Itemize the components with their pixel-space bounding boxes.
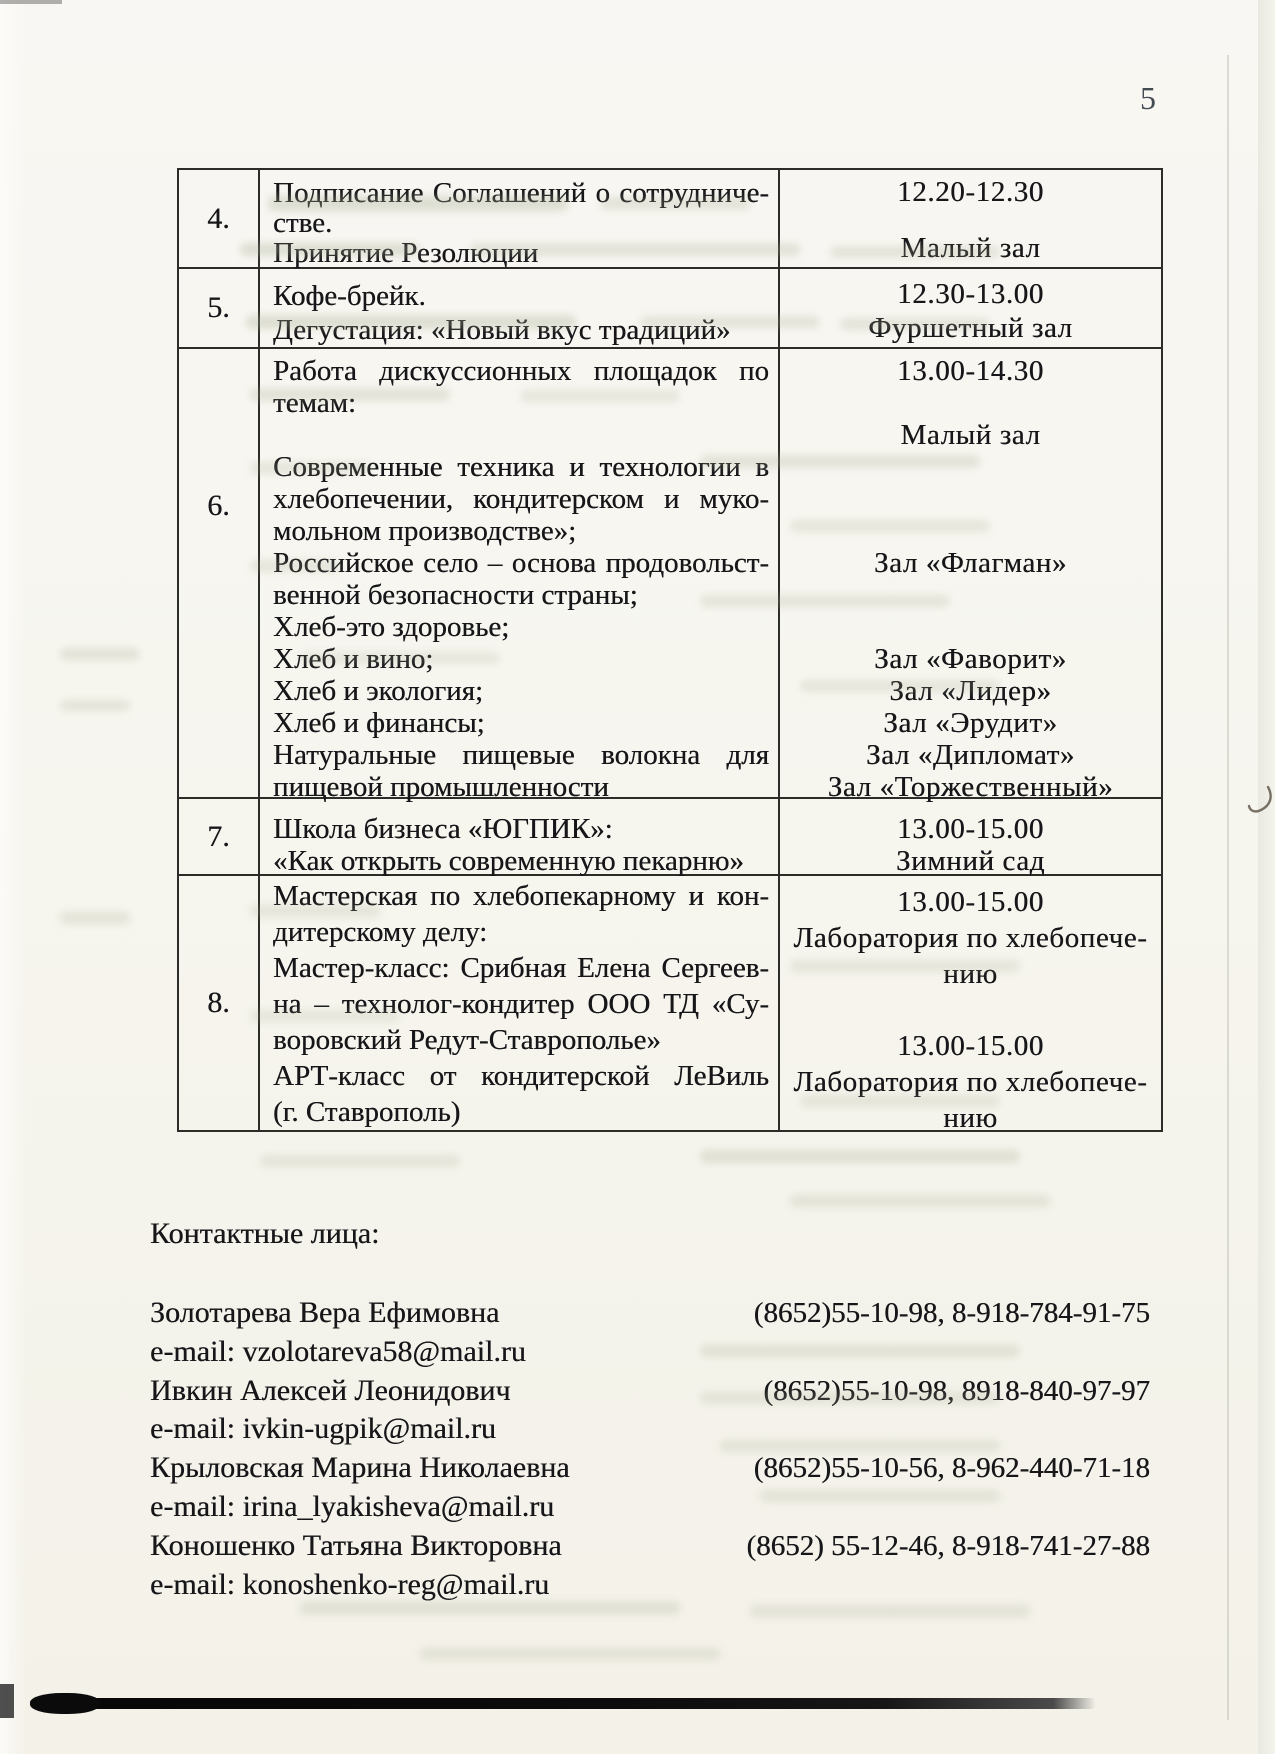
scan-bleed-artifact: [250, 462, 370, 474]
page-number: 5: [1140, 80, 1156, 117]
row-number: 8.: [179, 876, 260, 1130]
scan-bleed-artifact: [240, 243, 420, 256]
desc-line: (г. Ставрополь): [273, 1094, 769, 1130]
event-description: Школа бизнеса «ЮГПИК»:«Как открыть совре…: [260, 799, 780, 874]
contact-row: Коношенко Татьяна Викторовна(8652) 55-12…: [150, 1527, 1150, 1566]
scan-bleed-artifact: [800, 680, 1000, 692]
scan-bleed-artifact: [830, 246, 1000, 258]
contact-name: Ивкин Алексей Леонидович: [150, 1372, 510, 1411]
scan-bleed-artifact: [470, 243, 800, 256]
scan-bleed-artifact: [790, 1195, 1050, 1207]
row-number: 5.: [179, 269, 260, 347]
scan-bleed-artifact: [750, 1605, 1030, 1617]
desc-line: Хлеб-это здоровье;: [273, 611, 769, 643]
time-line: 12.20-12.30: [780, 178, 1161, 206]
time-line: 12.30-13.00: [780, 277, 1161, 311]
desc-line: воровский Редут-Ставрополье»: [273, 1022, 769, 1058]
scan-bleed-artifact: [600, 197, 750, 210]
event-time-location: 12.30-13.00Фуршетный зал: [780, 269, 1161, 347]
desc-line: [273, 419, 769, 451]
scan-bleed-artifact: [60, 700, 130, 711]
scan-bleed-artifact: [700, 1392, 1000, 1404]
time-line: 13.00-15.00: [780, 813, 1161, 845]
time-line: Зал «Дипломат»: [780, 739, 1161, 771]
contact-email: e-mail: irina_lyakisheva@mail.ru: [150, 1488, 1150, 1527]
event-time-location: 13.00-14.30Малый залЗал «Флагман»Зал «Фа…: [780, 349, 1161, 797]
contact-name: Золотарева Вера Ефимовна: [150, 1294, 499, 1333]
scan-bleed-artifact: [250, 560, 340, 572]
event-description: Кофе-брейк.Дегустация: «Новый вкус тради…: [260, 269, 780, 347]
desc-line: Мастер-класс: Срибная Елена Сергеев-: [273, 950, 769, 986]
contact-email: e-mail: konoshenko-reg@mail.ru: [150, 1566, 1150, 1605]
time-line: [780, 387, 1161, 419]
time-line: [780, 611, 1161, 643]
scan-bleed-artifact: [520, 390, 680, 402]
scan-bleed-artifact: [250, 905, 380, 917]
pen-mark: [1246, 784, 1274, 816]
time-line: 13.00-15.00: [780, 884, 1161, 920]
desc-line: венной безопасности страны;: [273, 579, 769, 611]
desc-line: Хлеб и экология;: [273, 675, 769, 707]
row-number: 6.: [179, 349, 260, 797]
scan-bleed-artifact: [700, 1345, 1020, 1357]
scan-bleed-artifact: [250, 1010, 400, 1022]
desc-line: Российское село – основа продовольст-: [273, 547, 769, 579]
time-line: 13.00-14.30: [780, 355, 1161, 387]
contact-phone: (8652)55-10-98, 8-918-784-91-75: [754, 1294, 1150, 1333]
time-line: Зал «Эрудит»: [780, 707, 1161, 739]
desc-line: АРТ-класс от кондитерской ЛеВиль: [273, 1058, 769, 1094]
scan-bleed-artifact: [60, 912, 130, 924]
scan-bleed-artifact: [700, 595, 950, 607]
scan-bleed-artifact: [60, 648, 140, 660]
table-row: 5.Кофе-брейк.Дегустация: «Новый вкус тра…: [179, 267, 1161, 347]
scan-bleed-artifact: [720, 1440, 1000, 1452]
desc-line: Работа дискуссионных площадок по: [273, 355, 769, 387]
desc-line: мольном производстве»;: [273, 515, 769, 547]
scan-right-edge-line: [1227, 55, 1229, 1720]
scan-bleed-artifact: [840, 318, 990, 330]
contact-phone: (8652)55-10-56, 8-962-440-71-18: [754, 1449, 1150, 1488]
scan-bleed-artifact: [260, 1155, 460, 1167]
scan-bleed-artifact: [790, 520, 990, 532]
desc-line: Кофе-брейк.: [273, 279, 769, 313]
time-line: Лаборатория по хлебопече-: [780, 920, 1161, 956]
scan-left-edge: [0, 0, 26, 1754]
scan-artifact: [0, 0, 62, 4]
desc-line: Школа бизнеса «ЮГПИК»:: [273, 813, 769, 845]
contact-phone: (8652)55-10-98, 8918-840-97-97: [763, 1372, 1150, 1411]
desc-line: Натуральные пищевые волокна для: [273, 739, 769, 771]
scan-bleed-artifact: [760, 1490, 1000, 1502]
table-row: 7.Школа бизнеса «ЮГПИК»:«Как открыть сов…: [179, 797, 1161, 874]
scanned-page: 5 4.Подписание Соглашений о сотрудниче-с…: [0, 0, 1275, 1754]
contact-phone: (8652) 55-12-46, 8-918-741-27-88: [746, 1527, 1150, 1566]
scan-bottom-edge-mark: [0, 1684, 14, 1718]
scan-bleed-artifact: [640, 316, 820, 328]
contact-email: e-mail: ivkin-ugpik@mail.ru: [150, 1410, 1150, 1449]
event-time-location: 13.00-15.00Лаборатория по хлебопече-нию1…: [780, 876, 1161, 1130]
event-description: Работа дискуссионных площадок потемам:Со…: [260, 349, 780, 797]
scan-bleed-artifact: [790, 960, 1020, 972]
time-line: Зал «Фаворит»: [780, 643, 1161, 675]
schedule-table: 4.Подписание Соглашений о сотрудниче-ств…: [177, 168, 1163, 1132]
scan-bleed-artifact: [268, 196, 568, 211]
time-line: [780, 483, 1161, 515]
event-time-location: 13.00-15.00Зимний сад: [780, 799, 1161, 874]
contact-row: Золотарева Вера Ефимовна(8652)55-10-98, …: [150, 1294, 1150, 1333]
desc-line: «Как открыть современную пекарню»: [273, 845, 769, 877]
time-line: 13.00-15.00: [780, 1028, 1161, 1064]
scan-bottom-streak: [34, 1698, 1096, 1709]
contact-row: Ивкин Алексей Леонидович(8652)55-10-98, …: [150, 1372, 1150, 1411]
desc-line: Хлеб и финансы;: [273, 707, 769, 739]
time-line: [780, 206, 1161, 234]
contact-name: Коношенко Татьяна Викторовна: [150, 1527, 562, 1566]
time-line: Малый зал: [780, 419, 1161, 451]
desc-line: хлебопечении, кондитерском и муко-: [273, 483, 769, 515]
contacts-heading: Контактные лица:: [150, 1214, 1150, 1253]
desc-line: стве.: [273, 208, 769, 238]
scan-bleed-artifact: [250, 388, 450, 401]
contacts-list: Золотарева Вера Ефимовна(8652)55-10-98, …: [150, 1294, 1150, 1604]
row-number: 7.: [179, 799, 260, 874]
contact-row: Крыловская Марина Николаевна(8652)55-10-…: [150, 1449, 1150, 1488]
time-line: [780, 992, 1161, 1028]
table-row: 6.Работа дискуссионных площадок потемам:…: [179, 347, 1161, 797]
time-line: Зимний сад: [780, 845, 1161, 877]
scan-right-edge: [1258, 0, 1275, 1754]
scan-bleed-artifact: [300, 1602, 680, 1614]
time-line: Зал «Флагман»: [780, 547, 1161, 579]
desc-line: дитерскому делу:: [273, 914, 769, 950]
scan-bleed-artifact: [246, 315, 576, 329]
scan-bleed-artifact: [420, 1648, 720, 1660]
scan-bottom-blob: [30, 1693, 100, 1714]
contact-name: Крыловская Марина Николаевна: [150, 1449, 570, 1488]
scan-bleed-artifact: [700, 455, 980, 468]
scan-bleed-artifact: [700, 1150, 1020, 1163]
scan-bleed-artifact: [300, 652, 500, 664]
contacts-section: Контактные лица: Золотарева Вера Ефимовн…: [150, 1214, 1150, 1604]
scan-bleed-artifact: [800, 1095, 1000, 1107]
